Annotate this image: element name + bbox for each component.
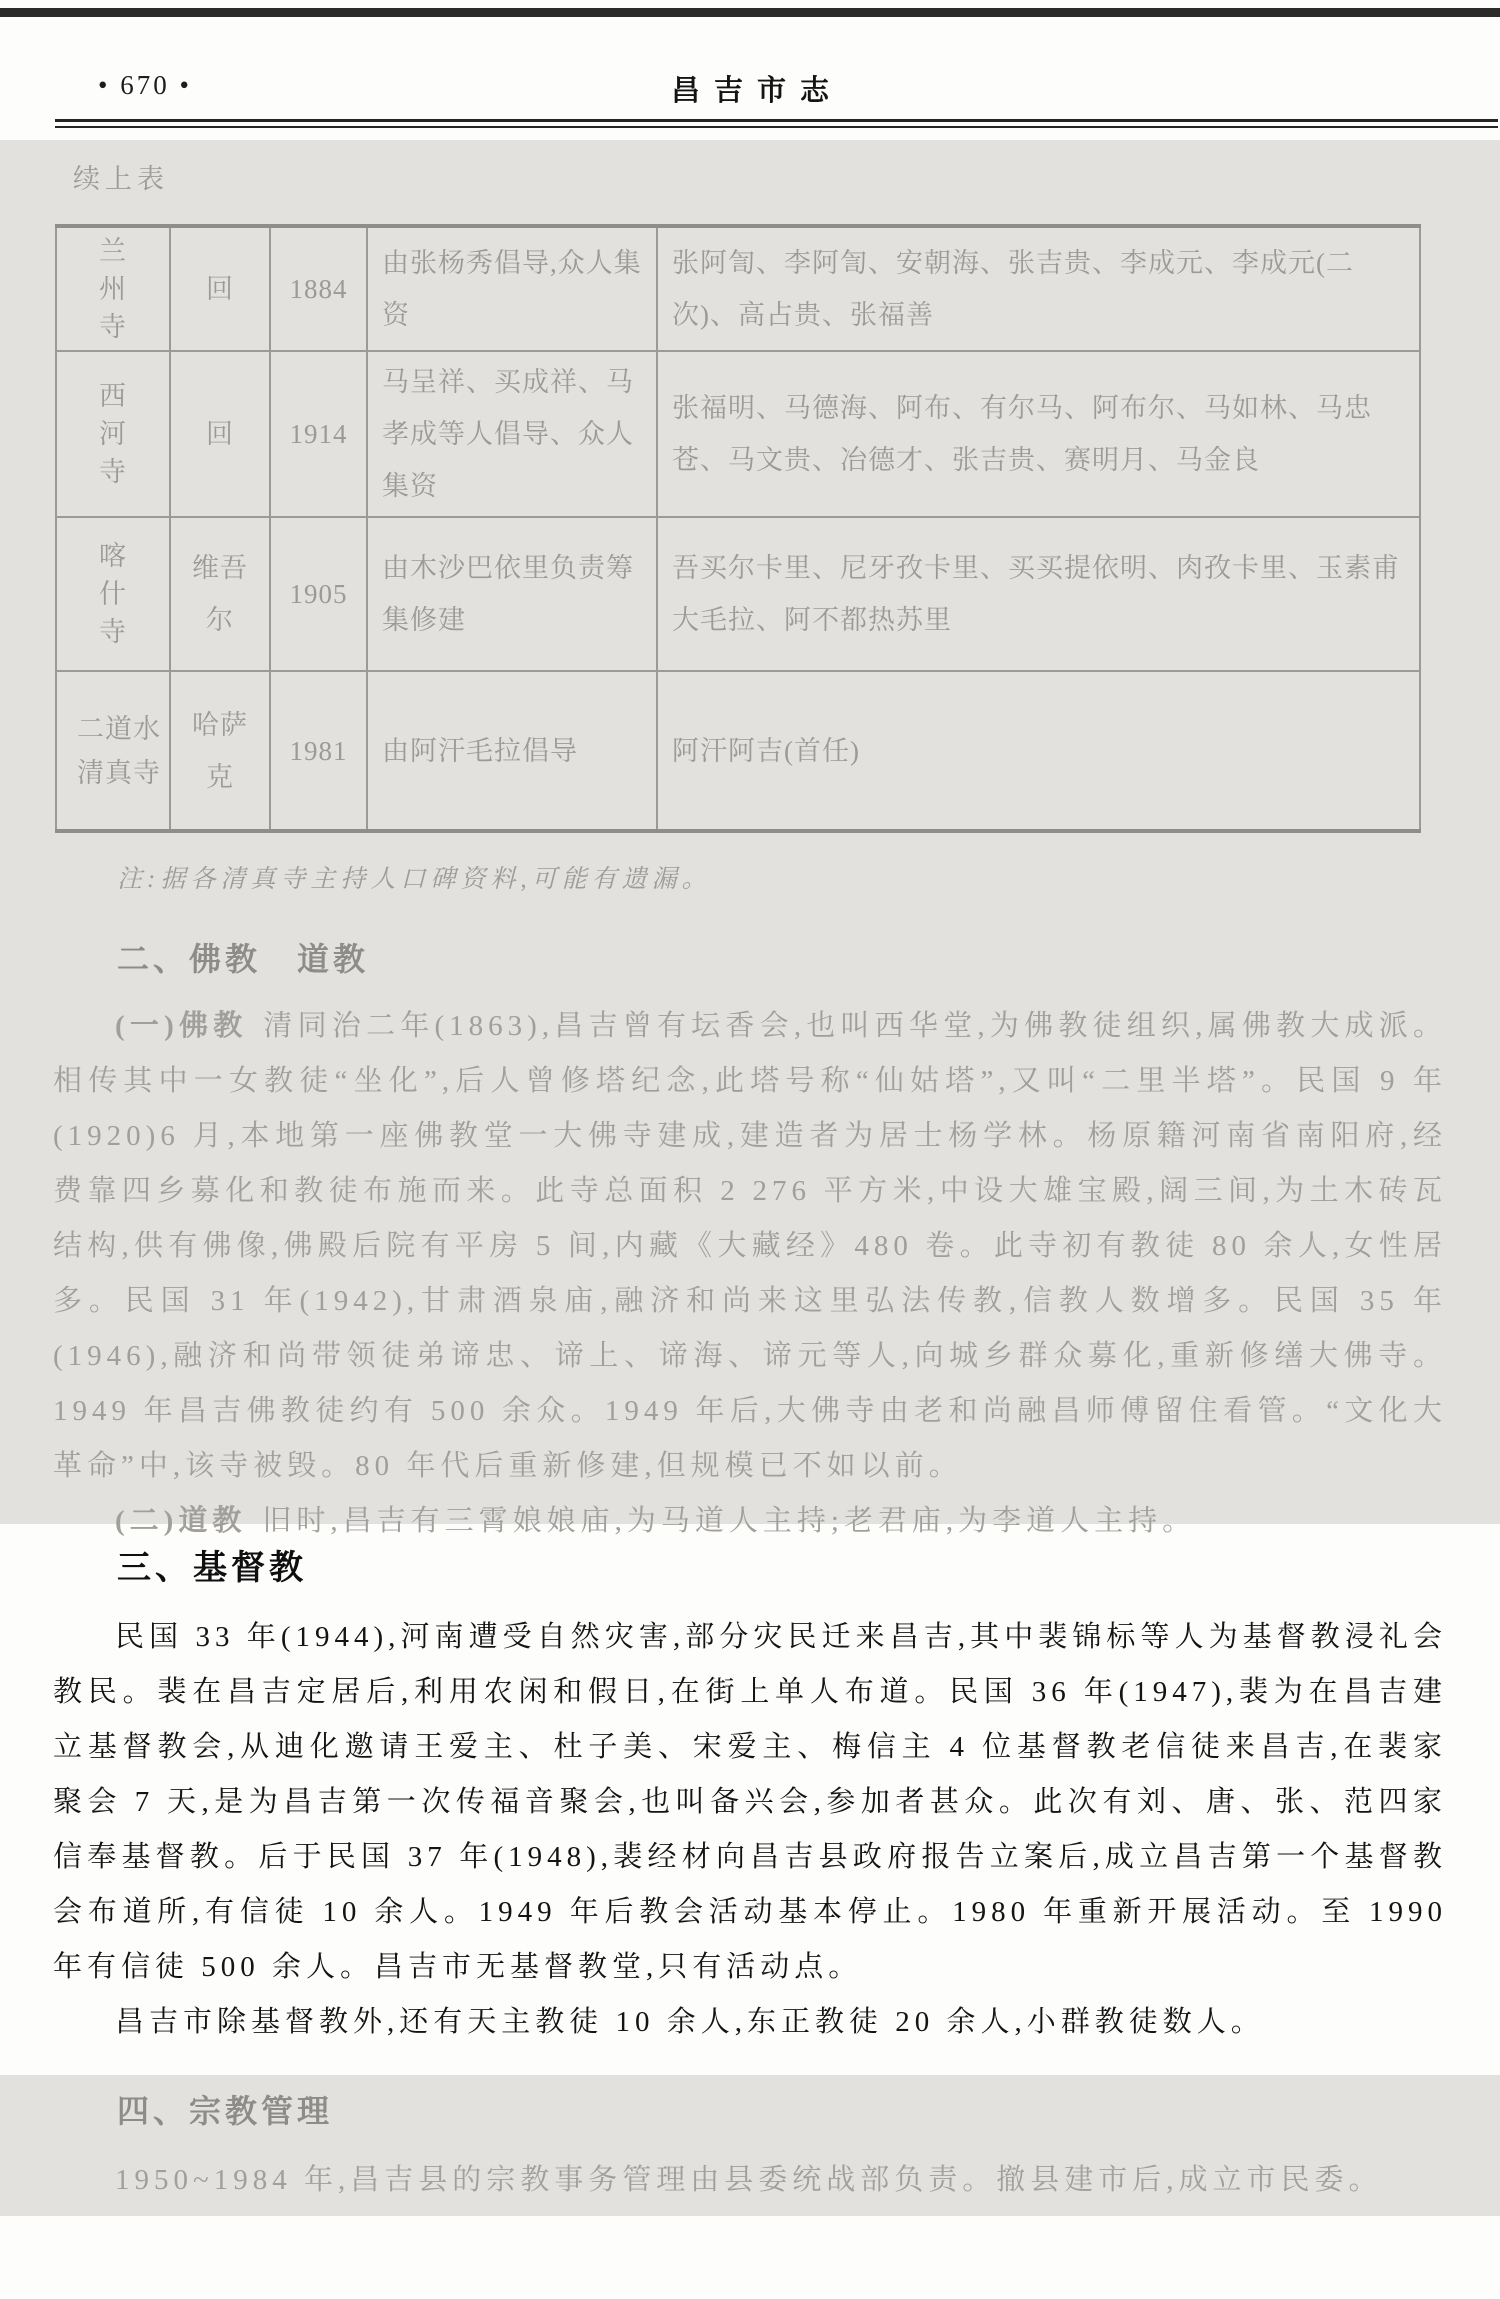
mosque-row: 二道水清真寺 哈萨克 1981 由阿汗毛拉倡导 阿汗阿吉(首任) — [56, 671, 1420, 831]
imams-cell: 阿汗阿吉(首任) — [657, 671, 1420, 831]
founding-cell: 由阿汗毛拉倡导 — [367, 671, 657, 831]
religious-management-section: 四、宗教管理 1950~1984 年,昌吉县的宗教事务管理由县委统战部负责。撤县… — [0, 2075, 1500, 2216]
mosque-name: 西河寺 — [96, 377, 130, 491]
founding-cell: 由张杨秀倡导,众人集资 — [367, 226, 657, 351]
mosque-name: 兰州寺 — [96, 232, 130, 346]
paragraph-christianity-2: 昌吉市除基督教外,还有天主教徒 10 余人,东正教徒 20 余人,小群教徒数人。 — [53, 1995, 1447, 2050]
ethnic-group-cell: 哈萨克 — [170, 671, 270, 831]
book-title: 昌吉市志 — [0, 68, 1500, 109]
year-built-cell: 1981 — [270, 671, 367, 831]
christianity-section: 三、基督教 民国 33 年(1944),河南遭受自然灾害,部分灾民迁来昌吉,其中… — [0, 1524, 1500, 2075]
imams-cell: 张福明、马德海、阿布、有尔马、阿布尔、马如林、马忠苍、马文贵、冶德才、张吉贵、赛… — [657, 351, 1420, 517]
founding-cell: 由木沙巴依里负责筹集修建 — [367, 517, 657, 671]
year-built-cell: 1884 — [270, 226, 367, 351]
header-rule — [55, 119, 1498, 128]
mosque-name-cell: 二道水清真寺 — [56, 671, 170, 831]
paragraph-buddhism: (一)佛教清同治二年(1863),昌吉曾有坛香会,也叫西华堂,为佛教徒组织,属佛… — [53, 999, 1447, 1494]
scanned-book-page: • 670 • 昌吉市志 续上表 兰州寺 回 1884 由张杨秀倡导,众人集资 … — [0, 0, 1500, 2299]
table-continuation-label: 续上表 — [73, 162, 1447, 196]
ethnic-group-cell: 回 — [170, 351, 270, 517]
year-built-cell: 1914 — [270, 351, 367, 517]
paragraph-text-taoism: 旧时,昌吉有三霄娘娘庙,为马道人主持;老君庙,为李道人主持。 — [262, 1505, 1196, 1537]
imams-cell: 张阿訇、李阿訇、安朝海、张吉贵、李成元、李成元(二次)、高占贵、张福善 — [657, 226, 1420, 351]
paragraph-christianity-1: 民国 33 年(1944),河南遭受自然灾害,部分灾民迁来昌吉,其中裴锦标等人为… — [53, 1610, 1447, 1995]
founding-cell: 马呈祥、买成祥、马孝成等人倡导、众人集资 — [367, 351, 657, 517]
mosque-row: 兰州寺 回 1884 由张杨秀倡导,众人集资 张阿訇、李阿訇、安朝海、张吉贵、李… — [56, 226, 1420, 351]
paragraph-label-taoism: (二)道教 — [115, 1505, 246, 1537]
paragraph-label-buddhism: (一)佛教 — [115, 1010, 247, 1042]
page-header: • 670 • 昌吉市志 — [0, 0, 1500, 140]
paragraph-religious-management: 1950~1984 年,昌吉县的宗教事务管理由县委统战部负责。撤县建市后,成立市… — [53, 2153, 1447, 2208]
mosque-name-cell: 兰州寺 — [56, 226, 170, 351]
section-heading-religious-management: 四、宗教管理 — [117, 2091, 1447, 2131]
section-heading-buddhism-taoism: 二、佛教 道教 — [117, 939, 1447, 979]
mosque-name-cell: 西河寺 — [56, 351, 170, 517]
ethnic-group-cell: 回 — [170, 226, 270, 351]
mosque-name-cell: 喀什寺 — [56, 517, 170, 671]
mosque-table: 兰州寺 回 1884 由张杨秀倡导,众人集资 张阿訇、李阿訇、安朝海、张吉贵、李… — [55, 224, 1421, 833]
mosque-row: 喀什寺 维吾尔 1905 由木沙巴依里负责筹集修建 吾买尔卡里、尼牙孜卡里、买买… — [56, 517, 1420, 671]
table-section: 续上表 兰州寺 回 1884 由张杨秀倡导,众人集资 张阿訇、李阿訇、安朝海、张… — [0, 140, 1500, 1524]
mosque-row: 西河寺 回 1914 马呈祥、买成祥、马孝成等人倡导、众人集资 张福明、马德海、… — [56, 351, 1420, 517]
year-built-cell: 1905 — [270, 517, 367, 671]
section-heading-christianity: 三、基督教 — [117, 1548, 1447, 1590]
mosque-name: 二道水清真寺 — [71, 707, 167, 795]
mosque-name: 喀什寺 — [96, 537, 130, 651]
paragraph-text-buddhism: 清同治二年(1863),昌吉曾有坛香会,也叫西华堂,为佛教徒组织,属佛教大成派。… — [53, 1010, 1447, 1482]
table-note: 注:据各清真寺主持人口碑资料,可能有遗漏。 — [117, 859, 1447, 895]
ethnic-group-cell: 维吾尔 — [170, 517, 270, 671]
imams-cell: 吾买尔卡里、尼牙孜卡里、买买提依明、肉孜卡里、玉素甫大毛拉、阿不都热苏里 — [657, 517, 1420, 671]
